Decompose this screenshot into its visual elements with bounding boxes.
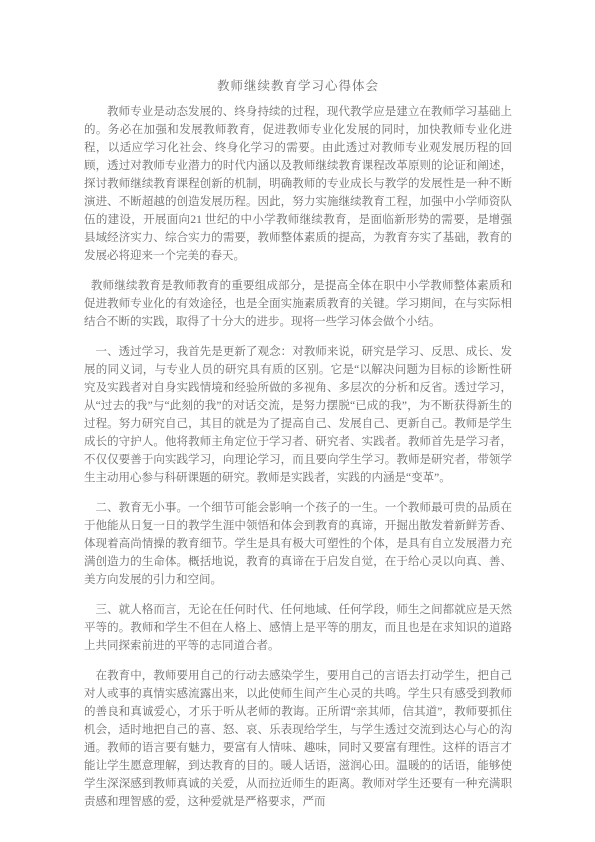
document-page: 教师继续教育学习心得体会 教师专业是动态发展的、终身持续的过程，现代教学应是建立… <box>0 0 595 842</box>
paragraph-point-2: 二、教育无小事。一个细节可能会影响一个孩子的一生。一个教师最可贵的品质在于他能从… <box>84 499 512 589</box>
document-content: 教师继续教育学习心得体会 教师专业是动态发展的、终身持续的过程，现代教学应是建立… <box>84 77 512 811</box>
paragraph-overview: 教师继续教育是教师教育的重要组成部分，是提高全体在职中小学教师整体素质和促进教师… <box>84 277 512 331</box>
paragraph-point-3: 三、就人格而言，无论在任何时代、任何地域、任何学段，师生之间都就应是天然平等的。… <box>84 601 512 655</box>
document-title: 教师继续教育学习心得体会 <box>84 77 512 95</box>
paragraph-closing: 在教育中，教师要用自己的行动去感染学生，要用自己的言语去打动学生，把自己对人或事… <box>84 667 512 811</box>
paragraph-point-1: 一、透过学习，我首先是更新了观念：对教师来说，研究是学习、反思、成长、发展的同义… <box>84 343 512 487</box>
paragraph-intro: 教师专业是动态发展的、终身持续的过程，现代教学应是建立在教师学习基础上的。务必在… <box>84 103 512 265</box>
